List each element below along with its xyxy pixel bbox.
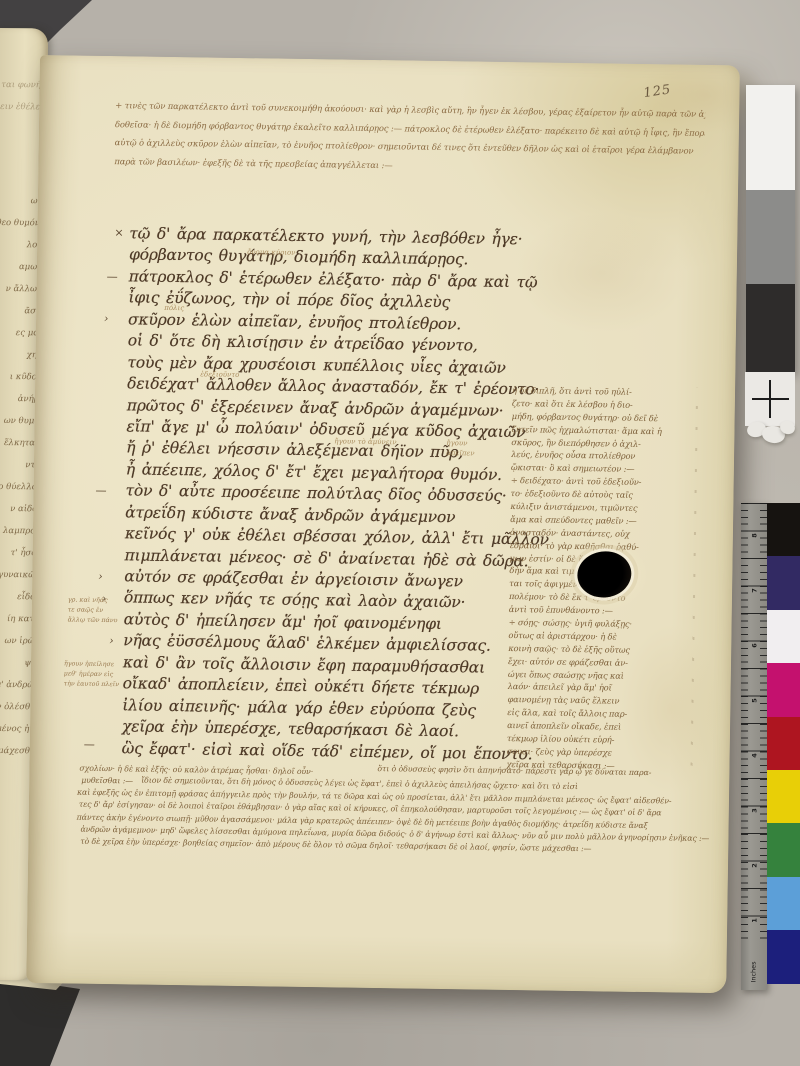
interlinear-gloss: ἤγουν τὸ ἀμύνειν	[334, 437, 396, 447]
folio-number: 125	[643, 82, 673, 101]
top-scholia-block: + τινὲς τῶν παρκατέλεκτο ἀντὶ τοῦ συνεκο…	[114, 100, 705, 183]
critical-sign-diple: ›	[98, 570, 103, 583]
iliad-text-block: τῷ δ' ἄρα παρκατέλεκτο γυνή, τὴν λεσβόθε…	[122, 224, 570, 766]
left-margin-note-2: ἤγουν ἠπείλησε μεθ' ἡμέραν εἰς τὴν ἑαυτο…	[64, 659, 134, 690]
color-patch	[767, 930, 800, 983]
pricking-marks	[690, 388, 698, 770]
ruler-numbers: 87654321	[741, 508, 767, 948]
grayscale-calibration-card	[746, 85, 795, 372]
previous-folio-top-fragments: ται φωνή·ειν ἐθέλει	[0, 74, 44, 118]
interlinear-gloss: ὄνομα κύριον	[247, 248, 296, 258]
previous-folio-line-ending: ειν ἐθέλει	[0, 96, 43, 118]
critical-sign-diple: ›	[104, 312, 109, 325]
bottom-scholion-segment: σχολίων· ἡ δὲ καὶ ἑξῆς· οὐ καλὸν ἀτρέμας…	[79, 764, 313, 776]
marginal-gloss: ἤγουν ἀπεῖπεν	[446, 439, 475, 458]
registration-crosshair-tab	[745, 372, 795, 426]
color-calibration-bar	[767, 503, 800, 984]
color-patch	[767, 610, 800, 663]
color-patch	[767, 663, 800, 716]
critical-sign-asteriskos: ×	[114, 226, 123, 239]
marginal-gloss-line: ἀπεῖπεν	[446, 449, 475, 459]
grayscale-patch	[746, 85, 795, 190]
color-patch	[767, 877, 800, 930]
marginal-gloss-line: ἤγουν	[446, 439, 475, 449]
color-patch	[767, 770, 800, 823]
interlinear-gloss: πόλις	[164, 304, 184, 314]
previous-folio-line-ending: θεο θυμόν.	[0, 212, 43, 234]
left-margin-note-1: γρ. καὶ νῆάς τε σαῷς ἐν ἄλλῳ τῶν πάνυ	[68, 595, 138, 626]
critical-sign-paragraphos: —	[95, 484, 106, 497]
manuscript-page: 125 + τινὲς τῶν παρκατέλεκτο ἀντὶ τοῦ συ…	[26, 55, 740, 993]
inches-ruler: 87654321 Inches	[741, 503, 767, 990]
critical-sign-paragraphos: —	[107, 270, 118, 283]
crosshair-icon	[769, 380, 771, 418]
color-patch	[767, 717, 800, 770]
ruler-unit-label: Inches	[750, 961, 758, 982]
left-margin-note-line: ἄλλῳ τῶν πάνυ	[68, 615, 138, 626]
grayscale-patch	[746, 284, 795, 372]
previous-folio-line-ending: ται φωνή·	[0, 74, 43, 96]
color-patch	[767, 823, 800, 876]
critical-sign-paragraphos: —	[84, 738, 95, 751]
manuscript-photo-backdrop: ται φωνή·ειν ἐθέλει ωνθεο θυμόν.λοναμωνν…	[0, 0, 800, 1066]
critical-sign-diple: ›	[109, 634, 114, 647]
color-patch	[767, 556, 800, 609]
color-patch	[767, 503, 800, 556]
left-margin-note-line: τὴν ἑαυτοῦ πλεῖν	[64, 679, 134, 690]
grayscale-patch	[746, 190, 795, 284]
previous-folio-line-ending: ων	[0, 190, 43, 212]
interlinear-gloss: ἐδεξιοῦντο	[200, 370, 239, 380]
bottom-scholion-segment: μυθεῖσθαι :—	[81, 776, 133, 786]
